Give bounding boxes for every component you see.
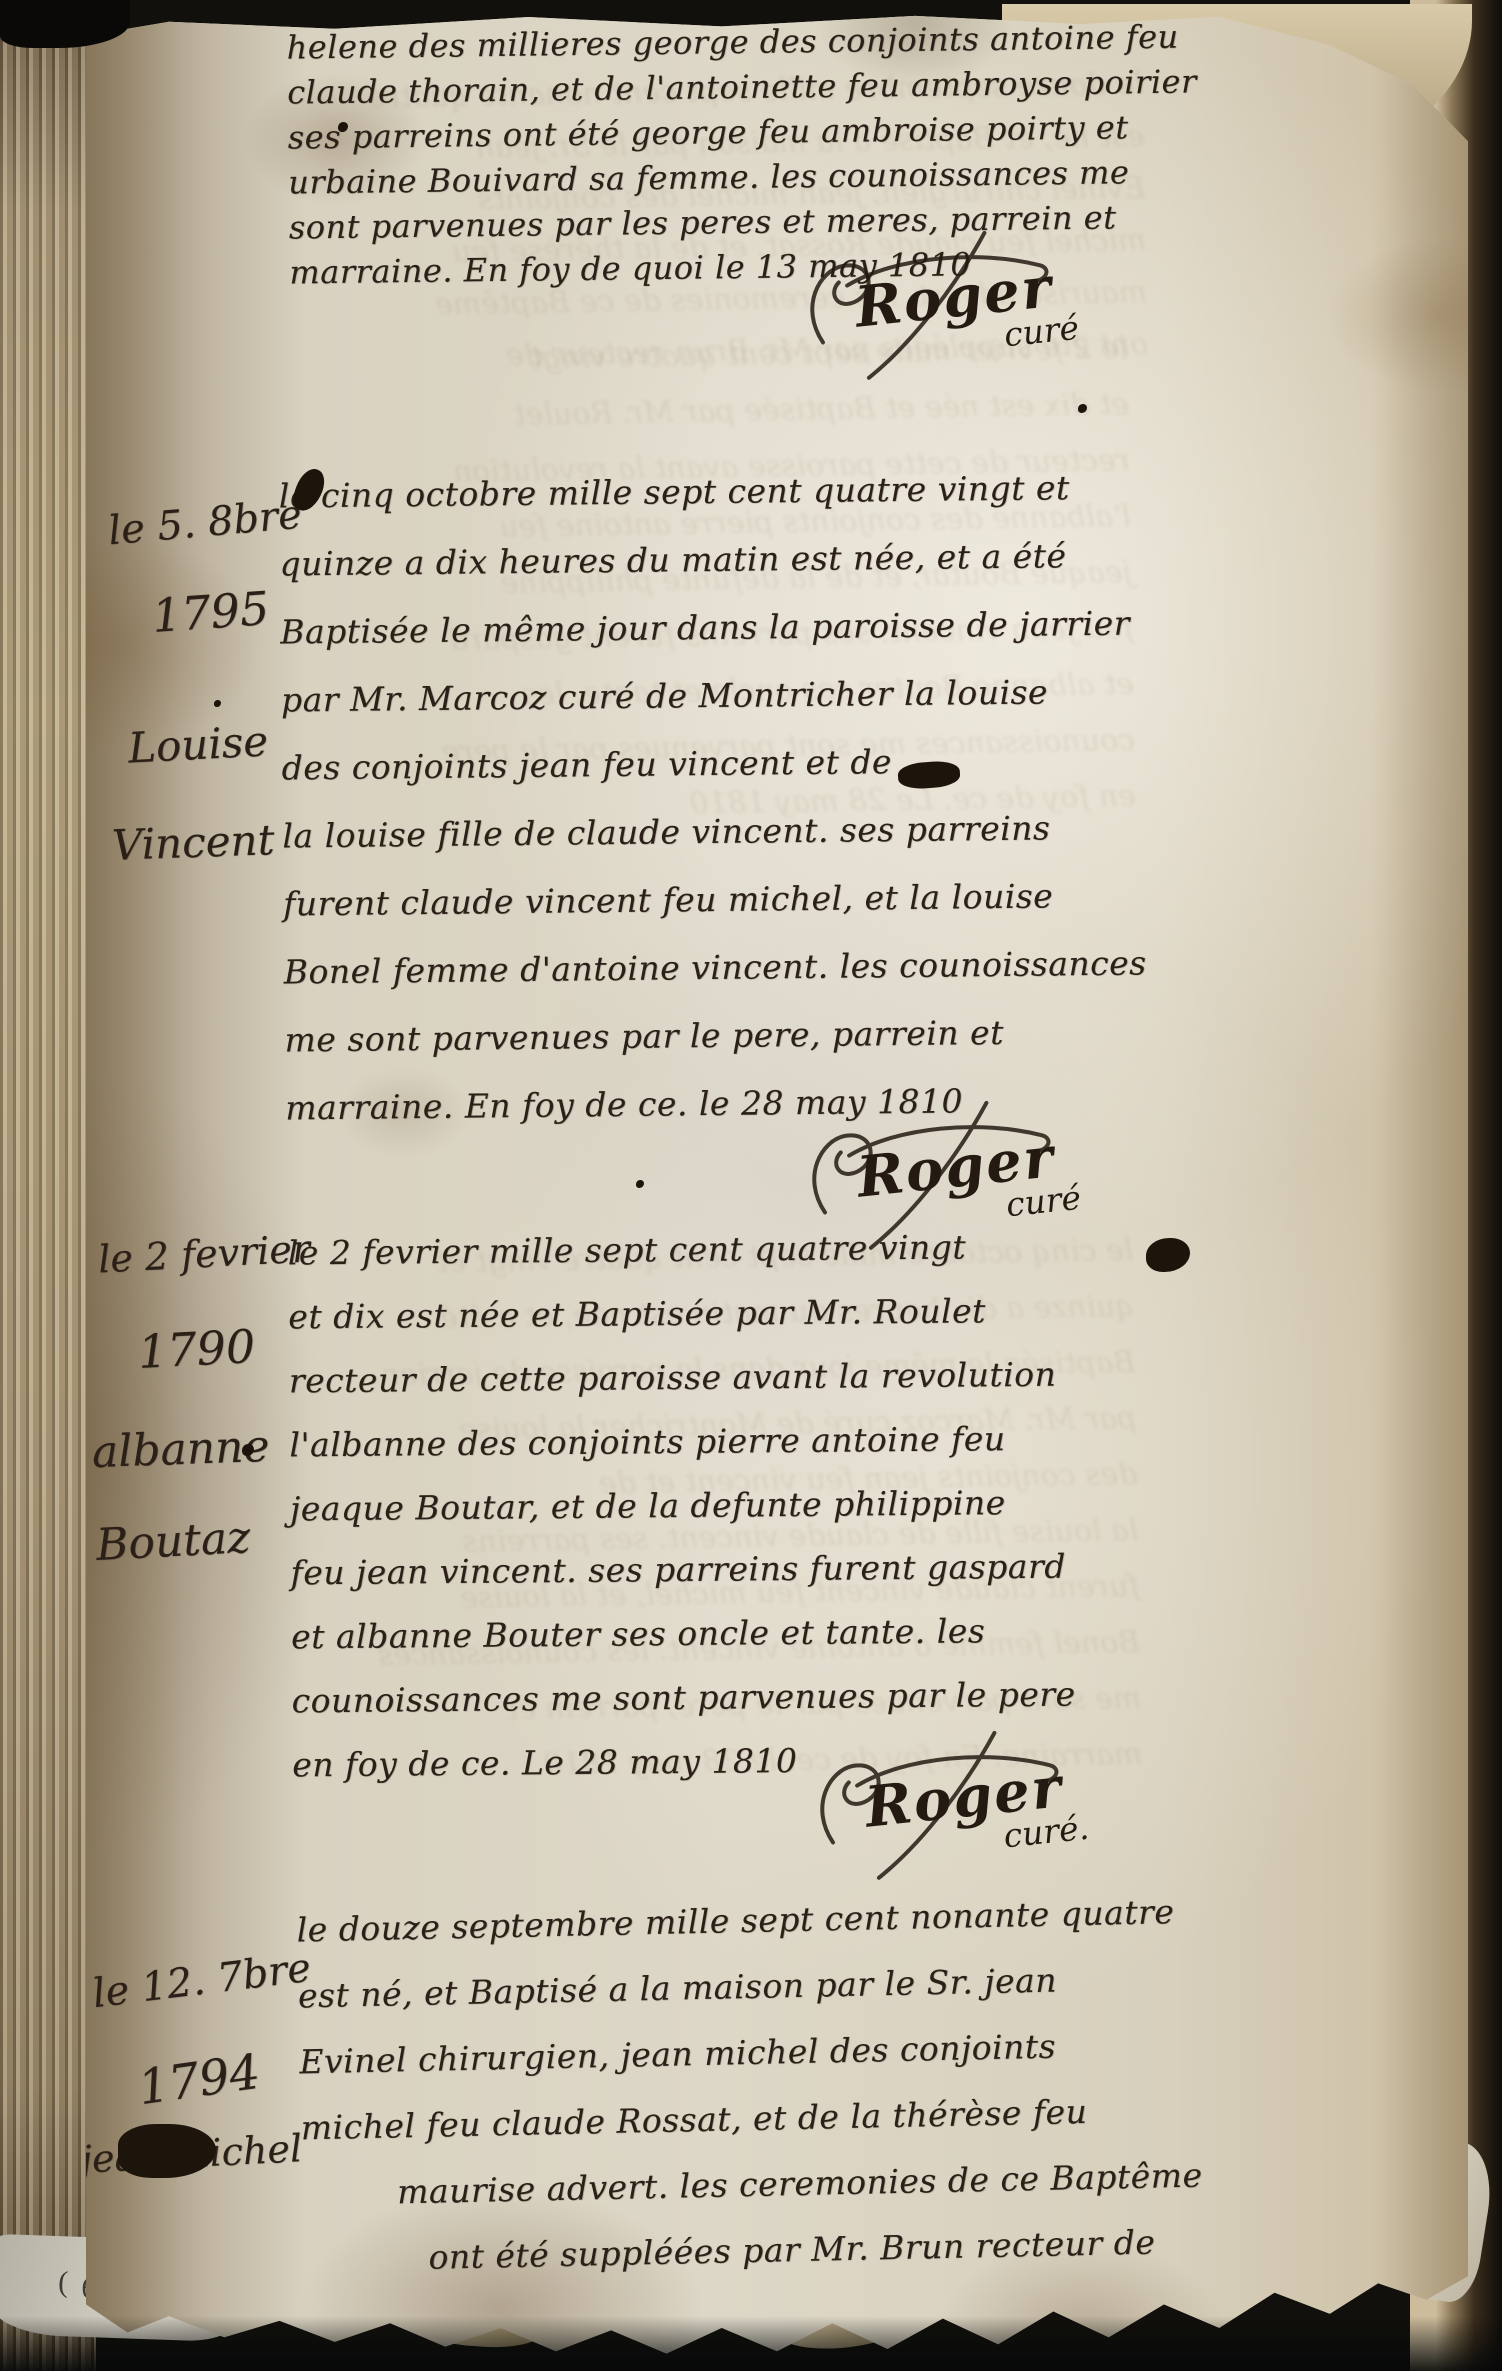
manuscript-text-line: et dix est née et Baptisée par Mr. Roule… [69,377,1130,451]
manuscript-text-line: des conjoints jean feu vincent et de [281,725,1145,802]
baptism-record: le douze septembre mille sept cent nonan… [296,1879,1205,2294]
ink-spot [214,700,221,707]
margin-note-date: le 2 fevrier [97,1226,311,1281]
margin-note-year: 1794 [135,2044,264,2116]
manuscript-text-line: recteur de cette paroisse avant la revol… [289,1343,1073,1414]
register-page-photo: ( 1839 ) le douze septembre mille sept c… [0,0,1502,2371]
margin-note-date: le 12. 7bre [90,1945,313,2017]
manuscript-text-line: me sont parvenues par le pere, parrein e… [284,997,1148,1074]
manuscript-text-line: furent claude vincent feu michel, et la … [283,861,1147,938]
ink-spot [1078,404,1087,413]
margin-note-name: Vincent [111,815,275,870]
signature-title: curé [1002,308,1081,355]
margin-note-year: 1795 [150,581,271,643]
manuscript-text-line: Baptisée le même jour dans la paroisse d… [280,589,1144,666]
ink-blot [1146,1238,1190,1272]
baptism-record: le 2 fevrier mille sept cent quatre ving… [288,1215,1077,1798]
margin-note-name: Louise [127,716,269,772]
ink-spot [636,1180,644,1188]
manuscript-text-line: le cinq octobre mille sept cent quatre v… [278,454,1142,531]
manuscript-text-line: counoissances me sont parvenues par le p… [291,1663,1075,1734]
manuscript-text-line: quinze a dix heures du matin est née, et… [279,521,1143,598]
book-page-stack-edge [0,0,96,2371]
margin-note-name: Boutaz [95,1512,252,1571]
manuscript-page: le douze septembre mille sept cent nonan… [86,10,1468,2356]
cure-signature: Roger curé. [824,1736,1075,1880]
manuscript-text-line: Bonel femme d'antoine vincent. les couno… [283,929,1147,1006]
manuscript-text-line: la louise fille de claude vincent. ses p… [282,793,1146,870]
margin-note-date: le 5. 8bre [106,492,303,555]
manuscript-text-line: et dix est née et Baptisée par Mr. Roule… [288,1279,1072,1350]
baptism-record: le cinq octobre mille sept cent quatre v… [278,454,1148,1143]
manuscript-text-line: le 2 fevrier mille sept cent quatre ving… [288,1215,1072,1286]
cure-signature: Roger curé [814,236,1065,380]
margin-note-year: 1790 [137,1319,257,1379]
manuscript-text-line: jeaque Boutar, et de la defunte philippi… [290,1471,1074,1542]
manuscript-text-line: et albanne Bouter ses oncle et tante. le… [291,1599,1075,1670]
manuscript-text-line: par Mr. Marcoz curé de Montricher la lou… [281,657,1145,734]
manuscript-text-line: feu jean vincent. ses parreins furent ga… [290,1535,1074,1606]
manuscript-text-line: l'albanne des conjoints pierre antoine f… [289,1407,1073,1478]
